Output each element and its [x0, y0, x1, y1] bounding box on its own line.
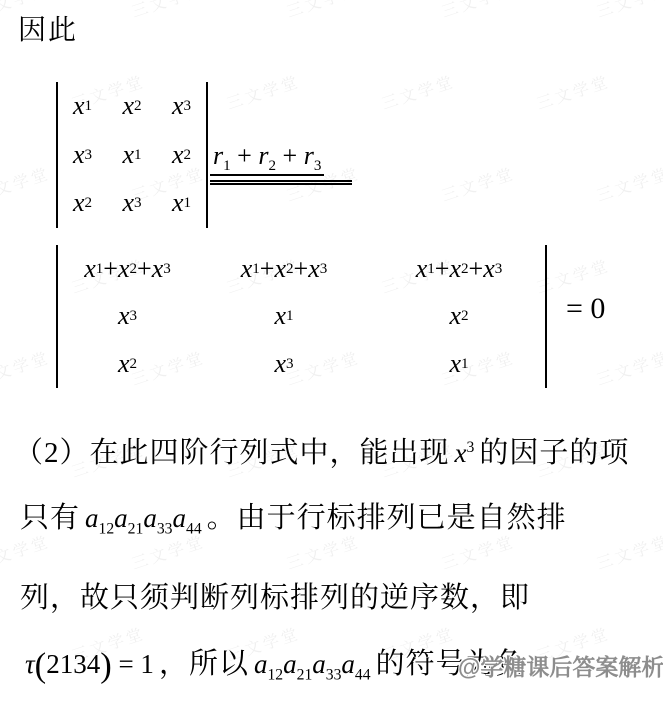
paragraph-line-1: （2）在此四阶行列式中，能出现x3的因子的项 — [14, 430, 629, 471]
matrix-cell: x3 — [195, 340, 373, 388]
text-run: 只有 — [20, 502, 80, 534]
equals-zero: = 0 — [566, 292, 605, 326]
matrix-cell: x2 — [157, 131, 206, 180]
matrix-cell: x2 — [60, 340, 195, 388]
paragraph-line-2: 只有a12a21a33a44。由于行标排列已是自然排 — [20, 495, 567, 536]
determinant-matrix: x1 + x2 + x3x1 + x2 + x3x1 + x2 + x3x3x1… — [58, 245, 545, 388]
determinant-original: x1x2x3x3x1x2x2x3x1 — [56, 82, 208, 228]
math-run: a12a21a33a44 — [85, 503, 202, 533]
matrix-cell: x2 — [58, 179, 107, 228]
matrix-cell: x1 — [195, 293, 373, 341]
matrix-cell: x1 + x2 + x3 — [373, 245, 545, 293]
math-run: x3 — [455, 438, 475, 468]
matrix-cell: x3 — [58, 131, 107, 180]
determinant-right-bar — [206, 82, 208, 228]
matrix-cell: x3 — [60, 293, 195, 341]
heading-yinci: 因此 — [18, 8, 78, 48]
brand-watermark: @学糖课后答案解析 — [458, 649, 663, 682]
matrix-cell: x3 — [157, 82, 206, 131]
row-operation-annotation: r1 + r2 + r3 — [210, 141, 352, 185]
determinant-right-bar — [545, 245, 547, 388]
text-run: ，所以 — [159, 648, 249, 680]
paragraph-line-4: τ(2134) = 1，所以a12a21a33a44的符号为负 — [20, 641, 526, 685]
matrix-cell: x2 — [373, 293, 545, 341]
determinant-matrix: x1x2x3x3x1x2x2x3x1 — [58, 82, 206, 228]
math-run: a12a21a33a44 — [254, 649, 371, 679]
row-operation-label: r1 + r2 + r3 — [210, 141, 324, 176]
matrix-cell: x3 — [107, 179, 157, 228]
math-run: τ(2134) = 1 — [25, 649, 154, 679]
matrix-cell: x2 — [107, 82, 157, 131]
double-equals-rule — [210, 180, 352, 185]
matrix-cell: x1 — [373, 340, 545, 388]
determinant-transformed: x1 + x2 + x3x1 + x2 + x3x1 + x2 + x3x3x1… — [56, 245, 547, 388]
document-page: 因此 x1x2x3x3x1x2x2x3x1 r1 + r2 + r3 x1 + … — [0, 0, 663, 702]
matrix-cell: x1 + x2 + x3 — [60, 245, 195, 293]
text-run: （2）在此四阶行列式中，能出现 — [14, 437, 450, 469]
text-run: 列，故只须判断列标排列的逆序数，即 — [20, 582, 530, 614]
text-run: 的因子的项 — [479, 437, 629, 469]
matrix-cell: x1 — [107, 131, 157, 180]
matrix-cell: x1 + x2 + x3 — [195, 245, 373, 293]
matrix-cell: x1 — [58, 82, 107, 131]
matrix-cell: x1 — [157, 179, 206, 228]
paragraph-line-3: 列，故只须判断列标排列的逆序数，即 — [20, 575, 530, 616]
text-run: 。由于行标排列已是自然排 — [207, 502, 567, 534]
